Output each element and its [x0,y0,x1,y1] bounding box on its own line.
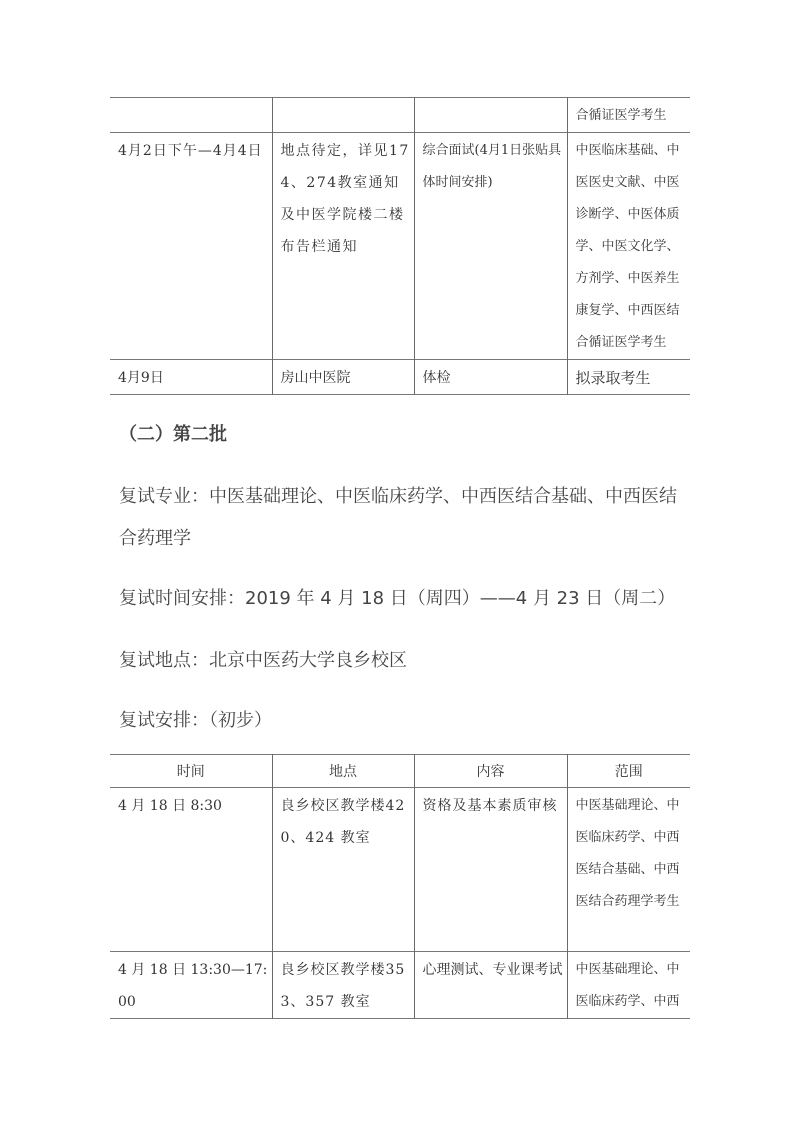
table-row: 合循证医学考生 [110,98,690,133]
content-cell: 资格及基本素质审核 [414,788,567,952]
header-time: 时间 [110,755,272,788]
content-cell: 体检 [414,360,567,395]
content-cell: 综合面试(4月1日张贴具体时间安排) [414,133,567,360]
majors-text-continued: 合药理学 [119,524,191,550]
schedule-table-batch-2: 时间 地点 内容 范围 4 月 18 日 8:30 良乡校区教学楼420、424… [110,754,690,1019]
scope-cell: 拟录取考生 [567,360,690,395]
majors-text: 复试专业：中医基础理论、中医临床药学、中西医结合基础、中西医结 [119,482,677,508]
scope-cell: 中医基础理论、中医临床药学、中西 [567,952,690,1019]
place-cell: 良乡校区教学楼420、424 教室 [272,788,414,952]
location-text: 复试地点：北京中医药大学良乡校区 [119,646,407,672]
scope-cell: 合循证医学考生 [567,98,690,133]
place-cell [272,98,414,133]
content-cell: 心理测试、专业课考试 [414,952,567,1019]
schedule-text: 复试时间安排：2019 年 4 月 18 日（周四）——4 月 23 日（周二） [119,584,675,610]
table-row: 4月9日 房山中医院 体检 拟录取考生 [110,360,690,395]
content-cell [414,98,567,133]
time-cell: 4月9日 [110,360,272,395]
header-scope: 范围 [567,755,690,788]
place-cell: 良乡校区教学楼353、357 教室 [272,952,414,1019]
scope-cell: 中医基础理论、中医临床药学、中西医结合基础、中西医结合药理学考生 [567,788,690,952]
time-cell: 4 月 18 日 13:30—17:00 [110,952,272,1019]
table-row: 4月2日下午—4月4日 地点待定，详见174、274教室通知及中医学院楼二楼布告… [110,133,690,360]
place-cell: 房山中医院 [272,360,414,395]
header-place: 地点 [272,755,414,788]
place-cell: 地点待定，详见174、274教室通知及中医学院楼二楼布告栏通知 [272,133,414,360]
schedule-table-batch-1: 合循证医学考生 4月2日下午—4月4日 地点待定，详见174、274教室通知及中… [110,97,690,395]
scope-cell: 中医临床基础、中医医史文献、中医诊断学、中医体质学、中医文化学、方剂学、中医养生… [567,133,690,360]
section-heading: （二）第二批 [119,420,227,446]
time-cell: 4月2日下午—4月4日 [110,133,272,360]
table-row: 4 月 18 日 13:30—17:00 良乡校区教学楼353、357 教室 心… [110,952,690,1019]
time-cell [110,98,272,133]
header-content: 内容 [414,755,567,788]
arrangement-text: 复试安排：（初步） [119,706,272,732]
time-cell: 4 月 18 日 8:30 [110,788,272,952]
table-header-row: 时间 地点 内容 范围 [110,755,690,788]
table-row: 4 月 18 日 8:30 良乡校区教学楼420、424 教室 资格及基本素质审… [110,788,690,952]
